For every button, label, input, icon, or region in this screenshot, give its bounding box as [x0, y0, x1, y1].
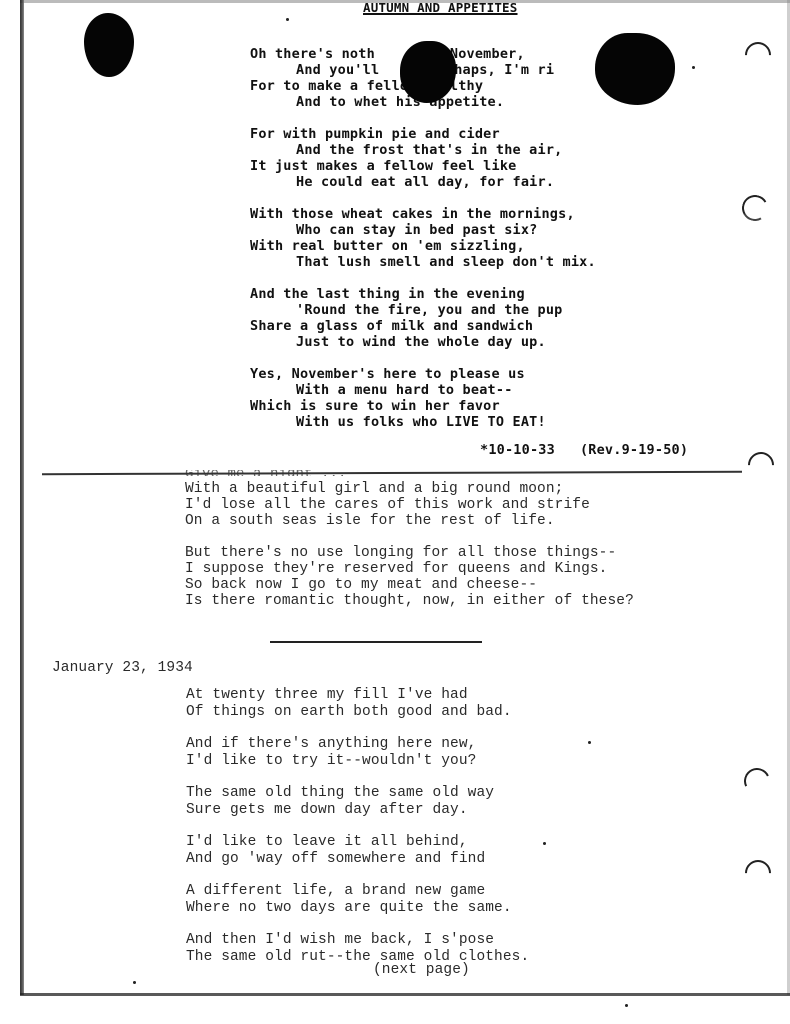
poem-line: With a beautiful girl and a big round mo…	[185, 481, 634, 497]
poem-line: A different life, a brand new game	[186, 883, 529, 900]
continuation-note: (next page)	[373, 962, 470, 978]
poem-line: 'Round the fire, you and the pup	[250, 302, 596, 318]
poem-title: AUTUMN AND APPETITES	[363, 0, 518, 15]
poem-line: And if there's anything here new,	[186, 736, 529, 753]
poem-line: Sure gets me down day after day.	[186, 802, 529, 819]
punch-hole-mark	[740, 855, 777, 892]
poem-line: But there's no use longing for all those…	[185, 545, 634, 561]
page-edge-left	[20, 0, 24, 995]
poem-line: And the frost that's in the air,	[250, 142, 596, 158]
poem-at-twenty-three: At twenty three my fill I've had Of thin…	[186, 687, 529, 966]
stanza: The same old thing the same old way Sure…	[186, 785, 529, 819]
poem-line: I suppose they're reserved for queens an…	[185, 561, 634, 577]
poem-line: Is there romantic thought, now, in eithe…	[185, 593, 634, 609]
poem-line: And then I'd wish me back, I s'pose	[186, 932, 529, 949]
poem-line: Share a glass of milk and sandwich	[250, 318, 596, 334]
poem-line: With a menu hard to beat--	[250, 382, 596, 398]
punch-hole-mark	[739, 192, 771, 224]
paste-cut-line	[42, 471, 742, 475]
section-divider	[270, 641, 482, 643]
poem-line: And the last thing in the evening	[250, 286, 596, 302]
poem-line: Yes, November's here to please us	[250, 366, 596, 382]
stanza: At twenty three my fill I've had Of thin…	[186, 687, 529, 721]
poem-line: On a south seas isle for the rest of lif…	[185, 513, 634, 529]
punch-hole-mark	[743, 447, 780, 484]
stanza: And then I'd wish me back, I s'pose The …	[186, 932, 529, 966]
poem-line: Where no two days are quite the same.	[186, 900, 529, 917]
poem-line: The same old thing the same old way	[186, 785, 529, 802]
poem-line: I'd lose all the cares of this work and …	[185, 497, 634, 513]
poem-line: He could eat all day, for fair.	[250, 174, 596, 190]
section-date: January 23, 1934	[52, 660, 193, 676]
stanza: And if there's anything here new, I'd li…	[186, 736, 529, 770]
poem-line: I'd like to try it--wouldn't you?	[186, 753, 529, 770]
stanza: With a beautiful girl and a big round mo…	[185, 481, 634, 529]
ink-speck	[286, 18, 289, 21]
stanza: But there's no use longing for all those…	[185, 545, 634, 609]
poem-line: With those wheat cakes in the mornings,	[250, 206, 596, 222]
poem-fragment: With a beautiful girl and a big round mo…	[185, 481, 634, 625]
composition-date: 10-10-33	[488, 442, 555, 458]
stanza: A different life, a brand new game Where…	[186, 883, 529, 917]
stanza: Yes, November's here to please us With a…	[250, 366, 596, 430]
poem-line: That lush smell and sleep don't mix.	[250, 254, 596, 270]
poem-line: So back now I go to my meat and cheese--	[185, 577, 634, 593]
poem-line: For with pumpkin pie and cider	[250, 126, 596, 142]
stanza: And the last thing in the evening 'Round…	[250, 286, 596, 350]
poem-line: It just makes a fellow feel like	[250, 158, 596, 174]
ink-speck	[588, 741, 591, 744]
stanza: With those wheat cakes in the mornings, …	[250, 206, 596, 270]
poem-line: Which is sure to win her favor	[250, 398, 596, 414]
punch-hole-mark	[740, 37, 777, 74]
stanza: I'd like to leave it all behind, And go …	[186, 834, 529, 868]
ink-speck	[133, 981, 136, 984]
ink-speck	[692, 66, 695, 69]
page-edge-bottom	[20, 993, 790, 996]
revision-date: (Rev.9-19-50)	[580, 442, 688, 458]
poem-line: And go 'way off somewhere and find	[186, 851, 529, 868]
ink-blot	[84, 13, 134, 77]
poem-line: I'd like to leave it all behind,	[186, 834, 529, 851]
poem-line: The same old rut--the same old clothes.	[186, 949, 529, 966]
poem-line: Just to wind the whole day up.	[250, 334, 596, 350]
poem-autumn-and-appetites: Oh there's noth ke November, And you'll …	[250, 46, 596, 446]
ink-speck	[543, 842, 546, 845]
punch-hole-mark	[740, 764, 773, 797]
poem-line: With us folks who LIVE TO EAT!	[250, 414, 596, 430]
poem-line: With real butter on 'em sizzling,	[250, 238, 596, 254]
stanza: For with pumpkin pie and cider And the f…	[250, 126, 596, 190]
poem-line: Of things on earth both good and bad.	[186, 704, 529, 721]
poem-line: At twenty three my fill I've had	[186, 687, 529, 704]
dateline: *10-10-33 (Rev.9-19-50)	[480, 442, 688, 458]
ink-speck	[625, 1004, 628, 1007]
poem-line: Who can stay in bed past six?	[250, 222, 596, 238]
ink-blot	[595, 33, 675, 105]
